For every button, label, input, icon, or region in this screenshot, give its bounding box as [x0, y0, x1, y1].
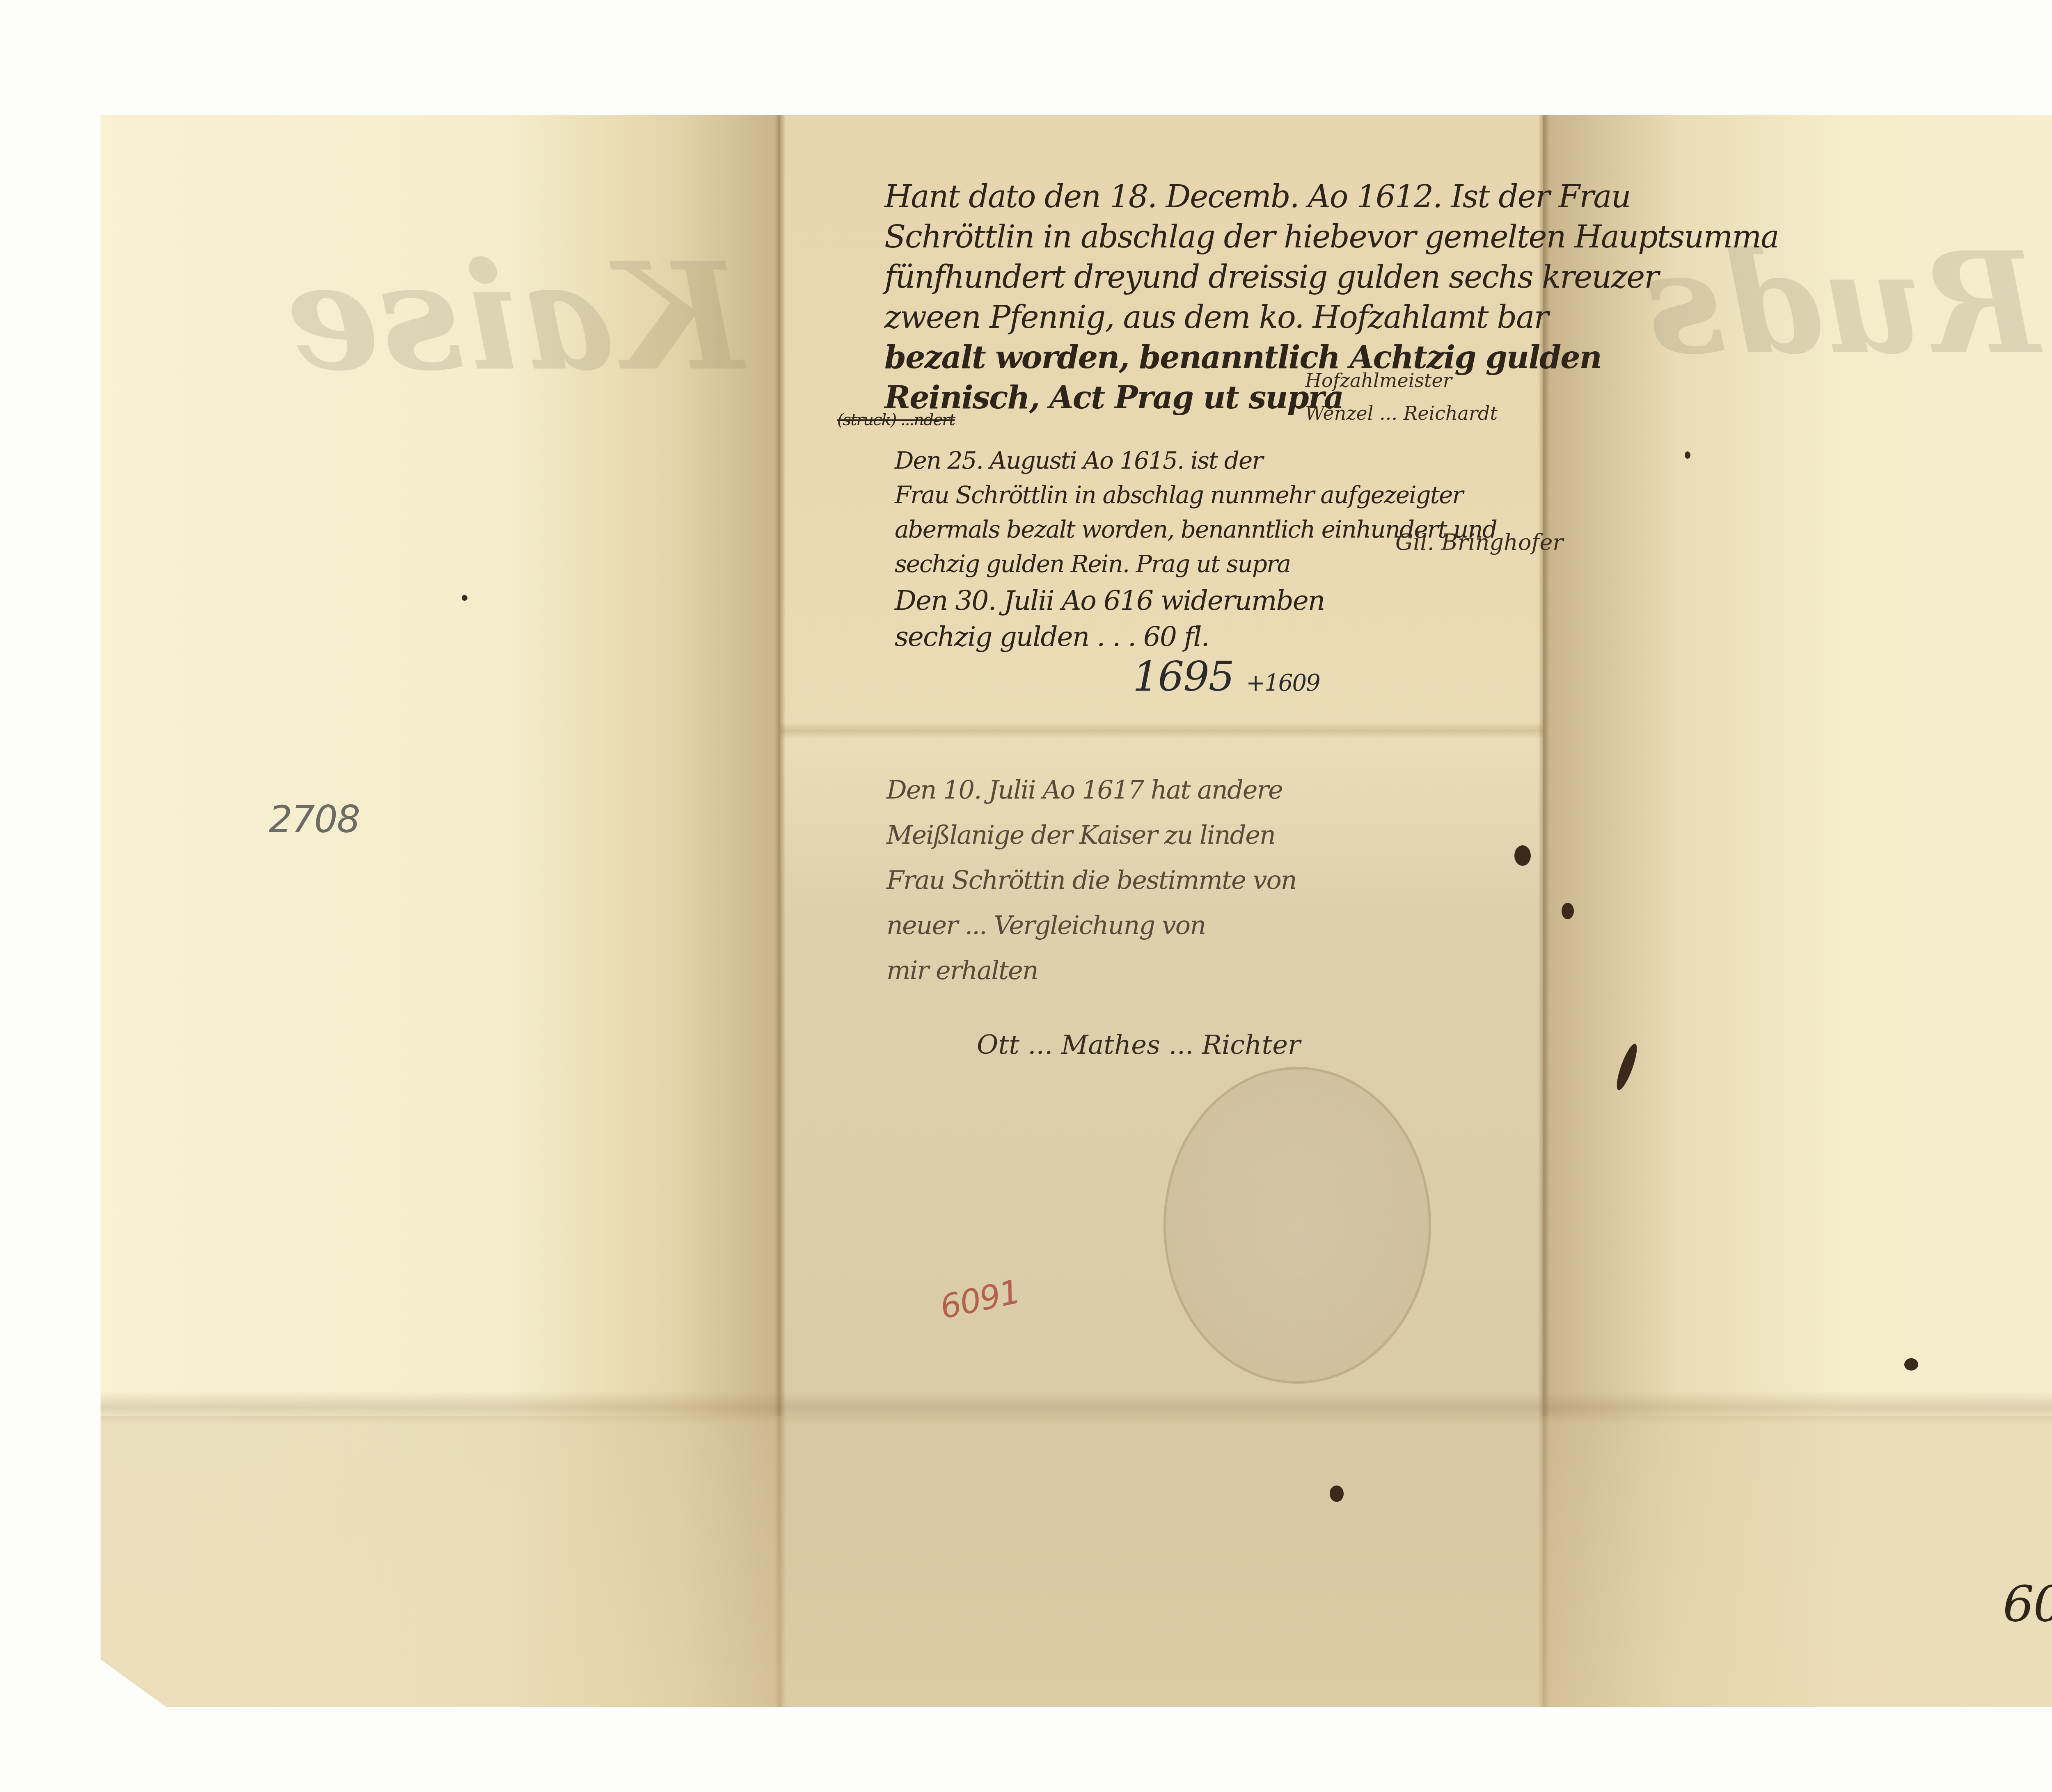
entry-line: fünfhundert dreyund dreissig gulden sech… [884, 257, 1779, 297]
entry-line: Den 30. Julii Ao 616 widerumben [895, 583, 1324, 619]
entry-line: Schröttlin in abschlag der hiebevor geme… [884, 217, 1779, 257]
entry-line: Frau Schröttin die bestimmte von [886, 858, 1296, 903]
wax-seal [1163, 1067, 1431, 1384]
ink-archive-number: 6091 [2003, 1576, 2052, 1633]
archival-number-main: 1695 [1133, 652, 1234, 700]
signature-1617: Ott ... Mathes ... Richter [977, 1030, 1301, 1060]
entry-line: mir erhalten [886, 948, 1296, 993]
signature-title: Hofzahlmeister [1305, 369, 1452, 391]
bottom-fold-band [101, 1416, 2052, 1707]
entry-line: zween Pfennig, aus dem ko. Hofzahlamt ba… [884, 297, 1779, 337]
ink-stain [1514, 845, 1531, 866]
archival-number-suffix: +1609 [1246, 670, 1319, 696]
entry-line: Meißlanige der Kaiser zu linden [886, 812, 1296, 858]
signature-name: Wenzel ... Reichardt [1305, 402, 1498, 424]
ink-spot [1330, 1485, 1344, 1502]
entry-line: neuer ... Vergleichung von [886, 903, 1296, 948]
entry-1617: Den 10. Julii Ao 1617 hat andere Meißlan… [886, 767, 1296, 993]
ink-spot [1562, 903, 1574, 919]
ink-spot [1685, 451, 1690, 459]
entry-line: sechzig gulden . . . 60 fl. [895, 619, 1324, 655]
horizontal-fold-bottom [101, 1391, 2052, 1424]
entry-1616: Den 30. Julii Ao 616 widerumben sechzig … [895, 583, 1324, 655]
ink-spot [462, 595, 467, 601]
horizontal-fold-center [780, 722, 1543, 739]
entry-1615: Den 25. Augusti Ao 1615. ist der Frau Sc… [895, 443, 1497, 581]
entry-line: Den 25. Augusti Ao 1615. ist der [895, 443, 1497, 478]
ink-spot [1904, 1358, 1918, 1371]
signature-1615: Gil. Bringhofer [1395, 529, 1563, 555]
archival-number: 1695 +1609 [1133, 652, 1320, 700]
bleed-through-text: Kaise [285, 230, 743, 403]
pencil-archive-number: 2708 [269, 798, 360, 841]
struck-marginal-note: (struck) ...ndert [837, 410, 955, 429]
entry-line: Den 10. Julii Ao 1617 hat andere [886, 767, 1296, 812]
entry-line: Frau Schröttlin in abschlag nunmehr aufg… [895, 478, 1497, 512]
entry-line: Hant dato den 18. Decemb. Ao 1612. Ist d… [884, 176, 1779, 217]
